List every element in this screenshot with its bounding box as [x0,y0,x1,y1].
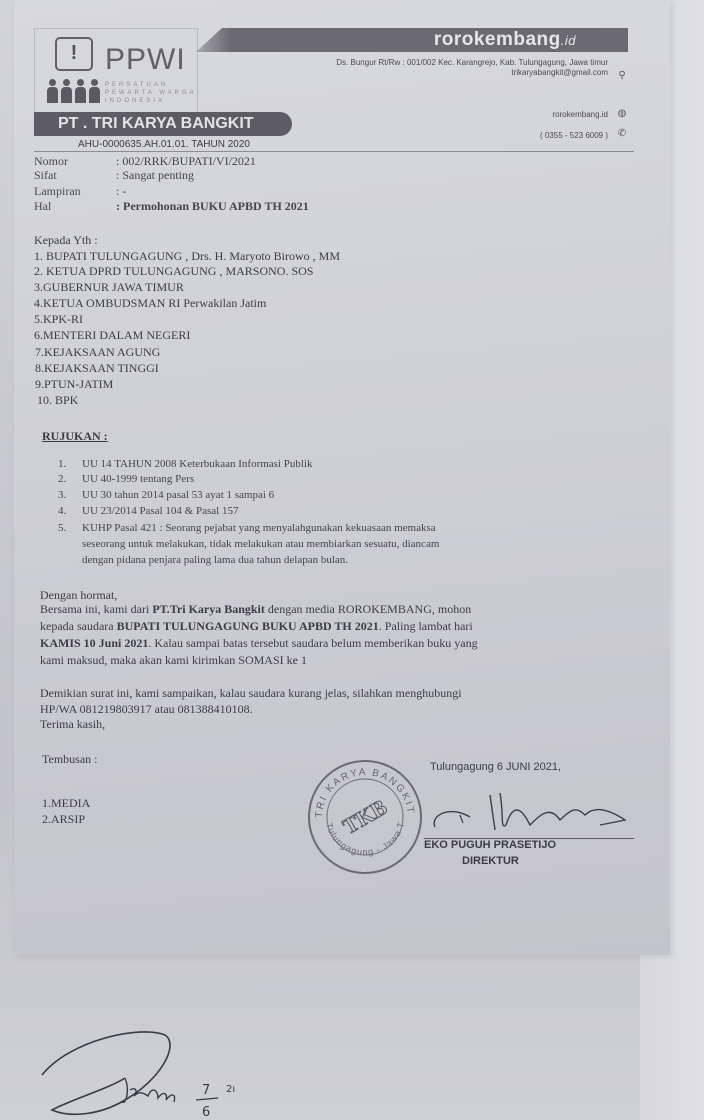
brand-banner: rorokembang.id [196,28,628,52]
ppwi-logo-title: PPWI [105,43,186,77]
reference-text: UU 14 TAHUN 2008 Keterbukaan Informasi P… [82,457,313,472]
meta-value: : - [116,184,126,199]
meta-value: : 002/RRK/BUPATI/VI/2021 [116,154,256,169]
website-text: rorokembang.id [552,110,608,120]
reference-number: 5. [58,522,66,534]
recipient-item: 4.KETUA OMBUDSMAN RI Perwakilan Jatim [34,296,266,310]
recipient-item: 9.PTUN-JATIM [35,377,113,391]
recipient-item: 1. BUPATI TULUNGAGUNG , Drs. H. Maryoto … [34,249,340,263]
recipient-item: 6.MENTERI DALAM NEGERI [34,328,190,342]
reference-text: UU 30 tahun 2014 pasal 53 ayat 1 sampai … [82,488,274,503]
reference-number: 3. [58,489,66,501]
phone-text: ( 0355 - 523 6009 ) [540,131,608,141]
cc-heading: Tembusan : [42,752,97,766]
reference-number: 4. [58,505,66,517]
reference-text: KUHP Pasal 421 : Seorang pejabat yang me… [82,521,436,536]
recipient-item: 5.KPK-RI [34,312,83,326]
references-heading: RUJUKAN : [42,429,108,443]
director-signature [400,775,640,845]
ppwi-logo: ! PPWI PERSATUAN PEWARTA WARGA INDONESIA [34,28,198,114]
signer-title: DIREKTUR [462,854,519,868]
address-text: Ds. Bungur Rt/Rw : 001/002 Kec. Karangre… [208,58,608,78]
subject-value: : Permohonan BUKU APBD TH 2021 [116,199,309,214]
recipient-item: 2. KETUA DPRD TULUNGAGUNG , MARSONO. SOS [34,264,313,278]
ppwi-logo-subtitle: PERSATUAN PEWARTA WARGA INDONESIA [105,81,197,105]
svg-text:6: 6 [202,1105,210,1120]
body-line: kepada saudara BUPATI TULUNGAGUNG BUKU A… [40,619,473,633]
meta-label: Sifat [34,168,57,183]
brand-logo: rorokembang.id [434,28,576,53]
place-date: Tulungagung 6 JUNI 2021, [430,760,561,774]
recipient-item: 8.KEJAKSAAN TINGGI [35,361,159,375]
contact-numbers: HP/WA 081219803917 atau 081388410108. [40,702,253,716]
company-name: PT . TRI KARYA BANGKIT [34,112,292,136]
recipient-item: 10. BPK [37,393,78,407]
greeting: Dengan hormat, [40,588,117,602]
letterhead: ! PPWI PERSATUAN PEWARTA WARGA INDONESIA… [34,28,628,154]
meta-label: Lampiran [34,184,81,199]
meta-label: Hal [34,199,51,214]
reference-text: UU 40-1999 tentang Pers [82,472,194,487]
recipient-item: 3.GUBERNUR JAWA TIMUR [34,280,184,294]
handwritten-receipt-signature: 7 6 2ı [30,1020,260,1120]
meta-label: Nomor [34,154,68,169]
recipients-heading: Kepada Yth : [34,233,98,247]
cc-item: 1.MEDIA [42,796,90,810]
reference-text: UU 23/2014 Pasal 104 & Pasal 157 [82,504,238,519]
body-line: KAMIS 10 Juni 2021. Kalau sampai batas t… [40,636,478,650]
thanks: Terima kasih, [40,717,105,731]
exclamation-bubble-icon: ! [55,37,93,71]
body-line: Bersama ini, kami dari PT.Tri Karya Bang… [40,602,471,616]
svg-text:2ı: 2ı [226,1084,235,1095]
reference-number: 1. [58,458,66,470]
map-pin-icon: ⚲ [616,70,628,81]
recipient-item: 7.KEJAKSAAN AGUNG [35,345,160,359]
svg-text:TKB: TKB [338,794,391,839]
signer-name: EKO PUGUH PRASETIJO [424,838,556,852]
reference-text: seseorang untuk melakukan, tidak melakuk… [82,537,439,552]
meta-value: : Sangat penting [116,168,194,183]
people-group-icon [47,79,100,105]
svg-text:7: 7 [202,1083,210,1098]
letterhead-divider [34,151,634,152]
registration-number: AHU-0000635.AH.01.01. TAHUN 2020 [78,139,250,150]
reference-text: dengan pidana penjara paling lama dua ta… [82,553,348,568]
cc-item: 2.ARSIP [42,812,85,826]
phone-icon: ✆ [616,128,628,139]
globe-icon: ◍ [616,108,628,119]
reference-number: 2. [58,473,66,485]
closing-line: Demikian surat ini, kami sampaikan, kala… [40,686,462,700]
body-line: kami maksud, maka akan kami kirimkan SOM… [40,653,307,667]
